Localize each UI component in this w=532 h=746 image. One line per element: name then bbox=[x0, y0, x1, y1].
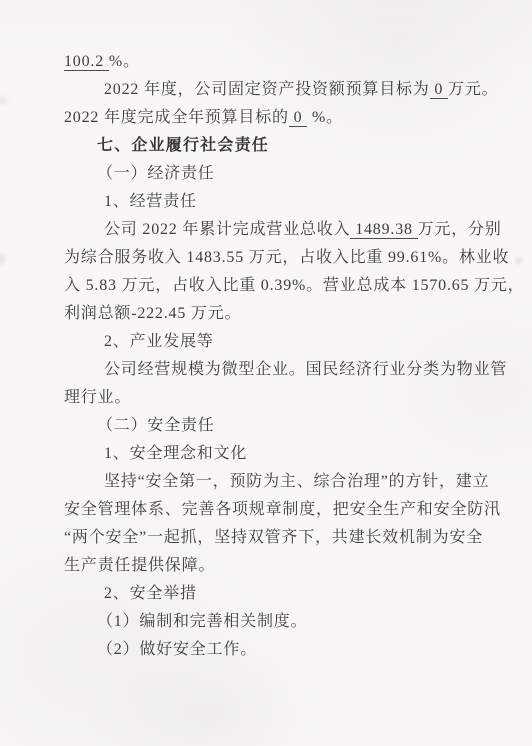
text-segment: 1、安全理念和文化 bbox=[104, 445, 247, 462]
text-segment: 万元，分别 bbox=[418, 221, 502, 238]
underlined-value: 0 bbox=[289, 109, 307, 127]
underlined-value: 100.2 bbox=[64, 53, 109, 71]
text-segment: %。 bbox=[307, 109, 343, 126]
text-segment: 安全管理体系、完善各项规章制度，把安全生产和安全防汛 bbox=[64, 501, 501, 518]
heading-safety-measures: 2、安全举措 bbox=[64, 580, 492, 608]
heading-safety-concept: 1、安全理念和文化 bbox=[64, 440, 492, 468]
text-segment: 利润总额-222.45 万元。 bbox=[64, 305, 241, 322]
item-safety-measure-1: （1）编制和完善相关制度。 bbox=[64, 608, 492, 636]
para-enterprise-scale-line-1: 公司经营规模为微型企业。国民经济行业分类为物业管 bbox=[64, 356, 492, 384]
text-line-completion-percent: 100.2 %。 bbox=[64, 48, 492, 76]
para-safety-concept-line-4: 生产责任提供保障。 bbox=[64, 552, 492, 580]
text-segment: （2）做好安全工作。 bbox=[97, 641, 257, 658]
para-safety-concept-line-3: “两个安全”一起抓，坚持双管齐下，共建长效机制为安全 bbox=[64, 524, 492, 552]
text-segment: 2、产业发展等 bbox=[104, 333, 214, 350]
scan-artifact bbox=[516, 258, 521, 263]
para-safety-concept-line-2: 安全管理体系、完善各项规章制度，把安全生产和安全防汛 bbox=[64, 496, 492, 524]
text-segment: 2、安全举措 bbox=[104, 585, 197, 602]
underlined-value: 0 bbox=[430, 81, 448, 99]
text-segment: 入 5.83 万元，占收入比重 0.39%。营业总成本 1570.65 万元， bbox=[64, 277, 525, 294]
text-segment: 坚持“安全第一，预防为主、综合治理”的方针，建立 bbox=[104, 473, 489, 490]
text-segment: 万元。 bbox=[448, 81, 498, 98]
document-content: 100.2 %。2022 年度，公司固定资产投资额预算目标为 0 万元。2022… bbox=[64, 48, 492, 664]
text-segment: 2022 年度，公司固定资产投资额预算目标为 bbox=[104, 81, 430, 98]
text-segment: 公司 2022 年累计完成营业总收入 bbox=[104, 221, 350, 238]
item-safety-measure-2: （2）做好安全工作。 bbox=[64, 636, 492, 664]
text-segment: 2022 年度完成全年预算目标的 bbox=[64, 109, 289, 126]
para-operating-revenue-line-4: 利润总额-222.45 万元。 bbox=[64, 300, 492, 328]
document-page: 100.2 %。2022 年度，公司固定资产投资额预算目标为 0 万元。2022… bbox=[0, 0, 532, 746]
text-segment: （二）安全责任 bbox=[97, 417, 215, 434]
scan-artifact bbox=[0, 253, 5, 265]
text-segment: （一）经济责任 bbox=[97, 165, 215, 182]
heading-safety-responsibility: （二）安全责任 bbox=[64, 412, 492, 440]
heading-industry-development: 2、产业发展等 bbox=[64, 328, 492, 356]
para-operating-revenue-line-3: 入 5.83 万元，占收入比重 0.39%。营业总成本 1570.65 万元， bbox=[64, 272, 492, 300]
heading-operating-responsibility: 1、经营责任 bbox=[64, 188, 492, 216]
text-segment: %。 bbox=[109, 53, 140, 70]
text-segment: 生产责任提供保障。 bbox=[64, 557, 215, 574]
text-segment: （1）编制和完善相关制度。 bbox=[97, 613, 307, 630]
text-segment: 公司经营规模为微型企业。国民经济行业分类为物业管 bbox=[104, 361, 507, 378]
text-line-target-completion: 2022 年度完成全年预算目标的 0 %。 bbox=[64, 104, 492, 132]
underlined-value: 1489.38 bbox=[350, 221, 417, 239]
text-segment: 理行业。 bbox=[64, 389, 131, 406]
text-line-investment-target: 2022 年度，公司固定资产投资额预算目标为 0 万元。 bbox=[64, 76, 492, 104]
para-operating-revenue-line-1: 公司 2022 年累计完成营业总收入 1489.38 万元，分别 bbox=[64, 216, 492, 244]
text-segment: “两个安全”一起抓，坚持双管齐下，共建长效机制为安全 bbox=[64, 529, 483, 546]
para-enterprise-scale-line-2: 理行业。 bbox=[64, 384, 492, 412]
para-operating-revenue-line-2: 为综合服务收入 1483.55 万元，占收入比重 99.61%。林业收 bbox=[64, 244, 492, 272]
para-safety-concept-line-1: 坚持“安全第一，预防为主、综合治理”的方针，建立 bbox=[64, 468, 492, 496]
scan-artifact bbox=[0, 97, 7, 104]
text-segment: 为综合服务收入 1483.55 万元，占收入比重 99.61%。林业收 bbox=[64, 249, 509, 266]
text-segment: 1、经营责任 bbox=[104, 193, 197, 210]
heading-economic-responsibility: （一）经济责任 bbox=[64, 160, 492, 188]
heading-section-7-social-responsibility: 七、企业履行社会责任 bbox=[64, 132, 492, 160]
text-segment: 七、企业履行社会责任 bbox=[97, 137, 269, 154]
